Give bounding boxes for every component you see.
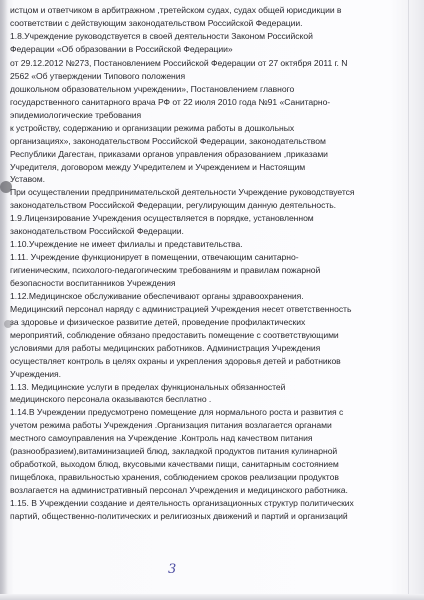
document-text-line: эпидемиологические требования [10,110,141,121]
document-text-line: 1.15. В Учреждении создание и деятельнос… [10,498,354,509]
document-text-line: Федерации «Об образовании в Российской Ф… [10,44,233,55]
document-text-line: возлагается на административный персонал… [10,485,348,496]
document-text-line: 1.13. Медицинские услуги в пределах функ… [10,382,285,393]
document-text-line: 1.12.Медицинское обслуживание обеспечива… [10,291,304,302]
document-text-line: за здоровье и физическое развитие детей,… [10,317,305,328]
document-text-line: государственного санитарного врача РФ от… [10,97,330,108]
document-text-line: 1.8.Учреждение руководствуется в своей д… [10,31,313,42]
handwritten-page-number: 3 [168,562,176,577]
page-left-shadow [0,0,8,600]
document-text-line: от 29.12.2012 №273, Постановлением Росси… [10,58,347,69]
document-text-line: законодательством Российской Федерации, … [10,200,336,211]
document-text-line: 1.11. Учреждение функционирует в помещен… [10,252,299,263]
document-text-line: медицинского персонала оказываются беспл… [10,394,211,405]
document-text-line: к устройству, содержанию и организации р… [10,123,294,134]
document-text-line: осуществляет контроль в целях охраны и у… [10,356,341,367]
document-text-line: условиями для работы медицинских работни… [10,343,320,354]
document-text-line: Учредителя, договором между Учредителем … [10,162,305,173]
document-text-line: гигиеническим, психолого-педагогическим … [10,265,320,276]
document-text-line: пищеблока, правильностью хранения, соблю… [10,472,339,483]
document-text-line: дошкольном образовательном учреждении», … [10,84,294,95]
document-text-line: партий, общественно-политических и религ… [10,511,348,522]
document-text-line: местного самоуправления на Учреждение .К… [10,433,312,444]
document-text-line: Уставом. [10,174,45,185]
document-text-line: 1.14.В Учреждении предусмотрено помещени… [10,407,343,418]
page-right-fold [408,0,409,600]
document-text-line: соответствии с действующим законодательс… [10,18,303,29]
document-text-line: истцом и ответчиком в арбитражном ,трете… [10,5,341,16]
document-text-line: 1.10.Учреждение не имеет филиалы и предс… [10,239,243,250]
document-text-line: (разнообразием),витаминизацией блюд, зак… [10,446,337,457]
document-text-line: организациях», законодательством Российс… [10,136,326,147]
document-text-line: обработкой, выходом блюд, вкусовыми каче… [10,459,339,470]
document-text-line: безопасности воспитанников Учреждения [10,278,176,289]
document-text-line: 1.9.Лицензирование Учреждения осуществля… [10,213,314,224]
page-bottom-edge [0,594,424,600]
document-text-line: 2562 «Об утверждении Типового положения [10,71,185,82]
document-text-line: Медицинский персонал наряду с администра… [10,304,351,315]
document-text-line: При осуществлении предпринимательской де… [10,187,354,198]
document-text-line: Учреждения. [10,369,61,380]
document-text-line: учетом режима работы Учреждения .Организ… [10,420,332,431]
document-text-line: мероприятий, соблюдение обязано предоста… [10,330,339,341]
scanned-document-page: истцом и ответчиком в арбитражном ,трете… [0,0,424,600]
document-text-line: Республики Дагестан, приказами органов у… [10,149,328,160]
document-text-line: законодательством Российской Федерации. [10,226,184,237]
